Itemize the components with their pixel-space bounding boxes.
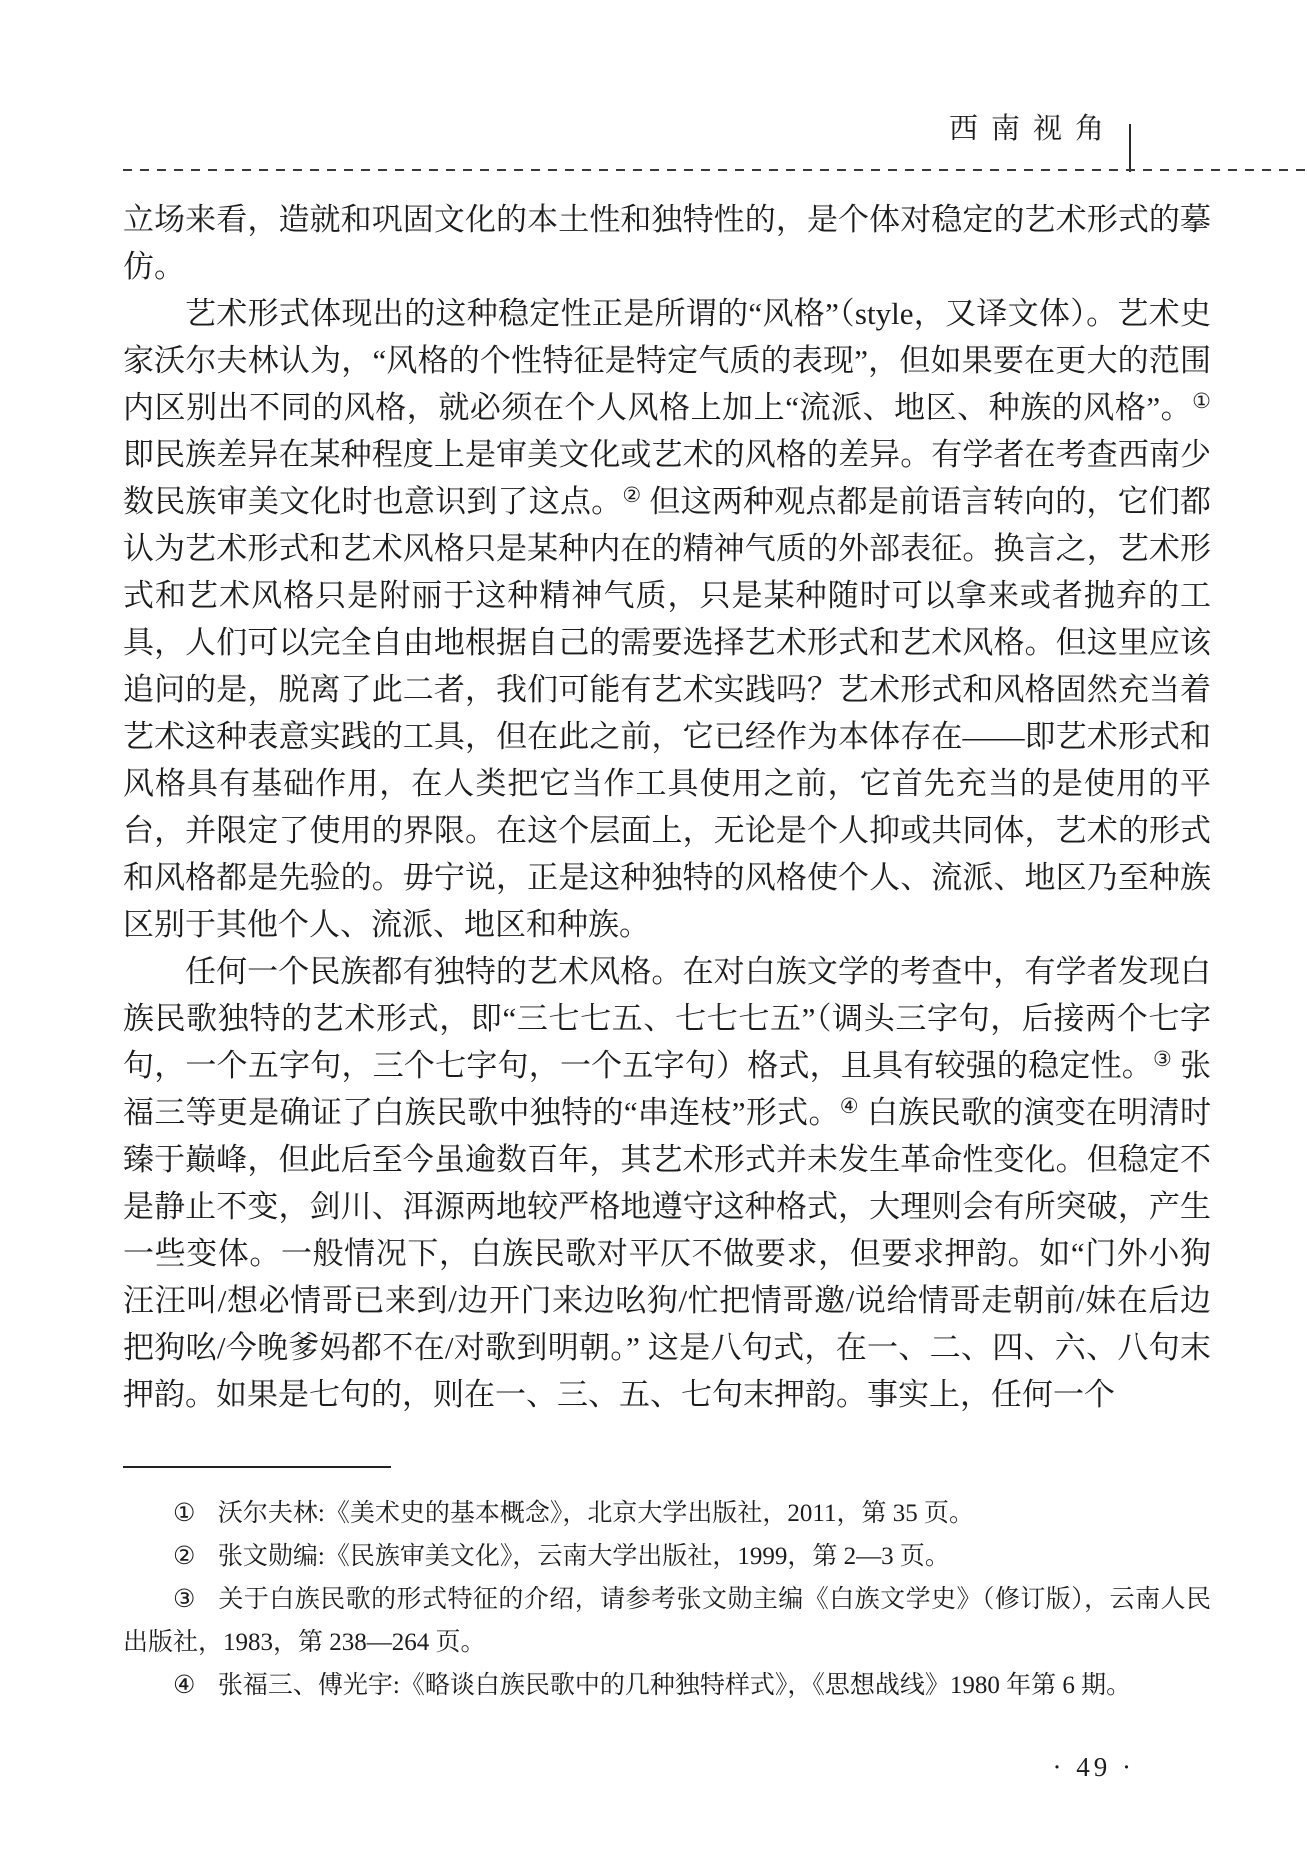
page-number: · 49 · bbox=[1053, 1752, 1135, 1783]
footnote-marker: ① bbox=[173, 1500, 195, 1527]
footnote-item: ①沃尔夫林:《美术史的基本概念》，北京大学出版社，2011，第 35 页。 bbox=[123, 1492, 1211, 1535]
footnotes: ①沃尔夫林:《美术史的基本概念》，北京大学出版社，2011，第 35 页。②张文… bbox=[123, 1492, 1211, 1707]
footnote-separator-rule bbox=[123, 1466, 391, 1468]
footnote-item: ③关于白族民歌的形式特征的介绍，请参考张文勋主编《白族文学史》（修订版），云南人… bbox=[123, 1578, 1211, 1664]
paragraph: 立场来看，造就和巩固文化的本土性和独特性的，是个体对稳定的艺术形式的摹仿。 bbox=[123, 196, 1211, 290]
footnote-reference: ④ bbox=[840, 1094, 859, 1118]
footnote-item: ④张福三、傅光宇:《略谈白族民歌中的几种独特样式》，《思想战线》1980 年第 … bbox=[123, 1664, 1211, 1707]
paragraph: 艺术形式体现出的这种稳定性正是所谓的“风格”（style，又译文体）。艺术史家沃… bbox=[123, 290, 1211, 948]
footnote-marker: ④ bbox=[173, 1672, 195, 1699]
footnote-marker: ② bbox=[173, 1543, 195, 1570]
header-section-title: 西南视角 bbox=[949, 106, 1117, 147]
footnote-item: ②张文勋编:《民族审美文化》，云南大学出版社，1999，第 2—3 页。 bbox=[123, 1535, 1211, 1578]
header-dashed-rule bbox=[123, 169, 1307, 171]
book-page: 西南视角 立场来看，造就和巩固文化的本土性和独特性的，是个体对稳定的艺术形式的摹… bbox=[0, 0, 1307, 1859]
footnote-reference: ① bbox=[1192, 389, 1211, 413]
footnote-reference: ③ bbox=[1153, 1047, 1172, 1071]
footnote-marker: ③ bbox=[173, 1586, 196, 1613]
body-text: 立场来看，造就和巩固文化的本土性和独特性的，是个体对稳定的艺术形式的摹仿。艺术形… bbox=[123, 196, 1211, 1418]
paragraph: 任何一个民族都有独特的艺术风格。在对白族文学的考查中，有学者发现白族民歌独特的艺… bbox=[123, 948, 1211, 1418]
header-vertical-bar bbox=[1129, 124, 1131, 172]
footnote-reference: ② bbox=[622, 483, 641, 507]
